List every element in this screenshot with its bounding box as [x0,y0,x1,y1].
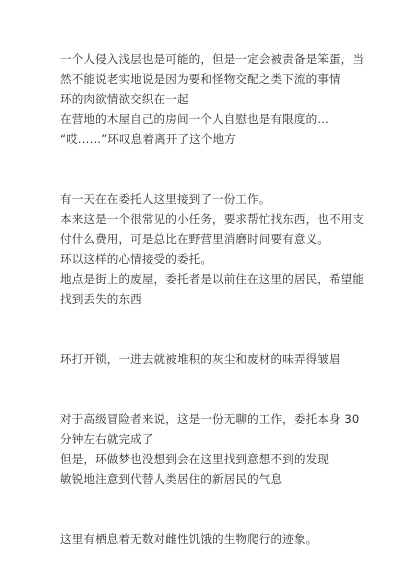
text-line: “哎……”环叹息着离开了这个地方 [60,129,350,149]
paragraph-spacer [60,489,350,509]
text-line: 在营地的木屋自己的房间一个人自慰也是有限度的… [60,109,350,129]
document-page: 一个人侵入浅层也是可能的，但是一定会被责备是笨蛋，当 然不能说老实地说是因为要和… [60,49,350,549]
paragraph-spacer [60,329,350,349]
text-line: 环以这样的心情接受的委托。 [60,249,350,269]
text-line: 这里有栖息着无数对雌性饥饿的生物爬行的迹象。 [60,529,350,549]
paragraph-spacer [60,509,350,529]
text-line: 找到丢失的东西 [60,289,350,309]
paragraph-4: 对于高级冒险者来说，这是一份无聊的工作，委托本身 30 分钟左右就完成了 但是，… [60,409,350,489]
text-line: 环的肉欲情欲交织在一起 [60,89,350,109]
text-line: 地点是街上的废屋，委托者是以前住在这里的居民，希望能 [60,269,350,289]
paragraph-2: 有一天在在委托人这里接到了一份工作。 本来这是一个很常见的小任务，要求帮忙找东西… [60,189,350,309]
paragraph-3: 环打开锁，一进去就被堆积的灰尘和废材的味弄得皱眉 [60,349,350,369]
text-line: 付什么费用，可是总比在野营里消磨时间要有意义。 [60,229,350,249]
text-line: 敏锐地注意到代替人类居住的新居民的气息 [60,469,350,489]
text-line: 但是，环做梦也没想到会在这里找到意想不到的发现 [60,449,350,469]
text-line: 有一天在在委托人这里接到了一份工作。 [60,189,350,209]
text-line: 本来这是一个很常见的小任务，要求帮忙找东西，也不用支 [60,209,350,229]
paragraph-spacer [60,309,350,329]
text-line: 环打开锁，一进去就被堆积的灰尘和废材的味弄得皱眉 [60,349,350,369]
text-line: 一个人侵入浅层也是可能的，但是一定会被责备是笨蛋，当 [60,49,350,69]
text-line: 分钟左右就完成了 [60,429,350,449]
paragraph-spacer [60,169,350,189]
text-line: 然不能说老实地说是因为要和怪物交配之类下流的事情 [60,69,350,89]
text-line: 对于高级冒险者来说，这是一份无聊的工作，委托本身 30 [60,409,350,429]
paragraph-spacer [60,389,350,409]
paragraph-spacer [60,369,350,389]
paragraph-5: 这里有栖息着无数对雌性饥饿的生物爬行的迹象。 [60,529,350,549]
paragraph-1: 一个人侵入浅层也是可能的，但是一定会被责备是笨蛋，当 然不能说老实地说是因为要和… [60,49,350,149]
paragraph-spacer [60,149,350,169]
